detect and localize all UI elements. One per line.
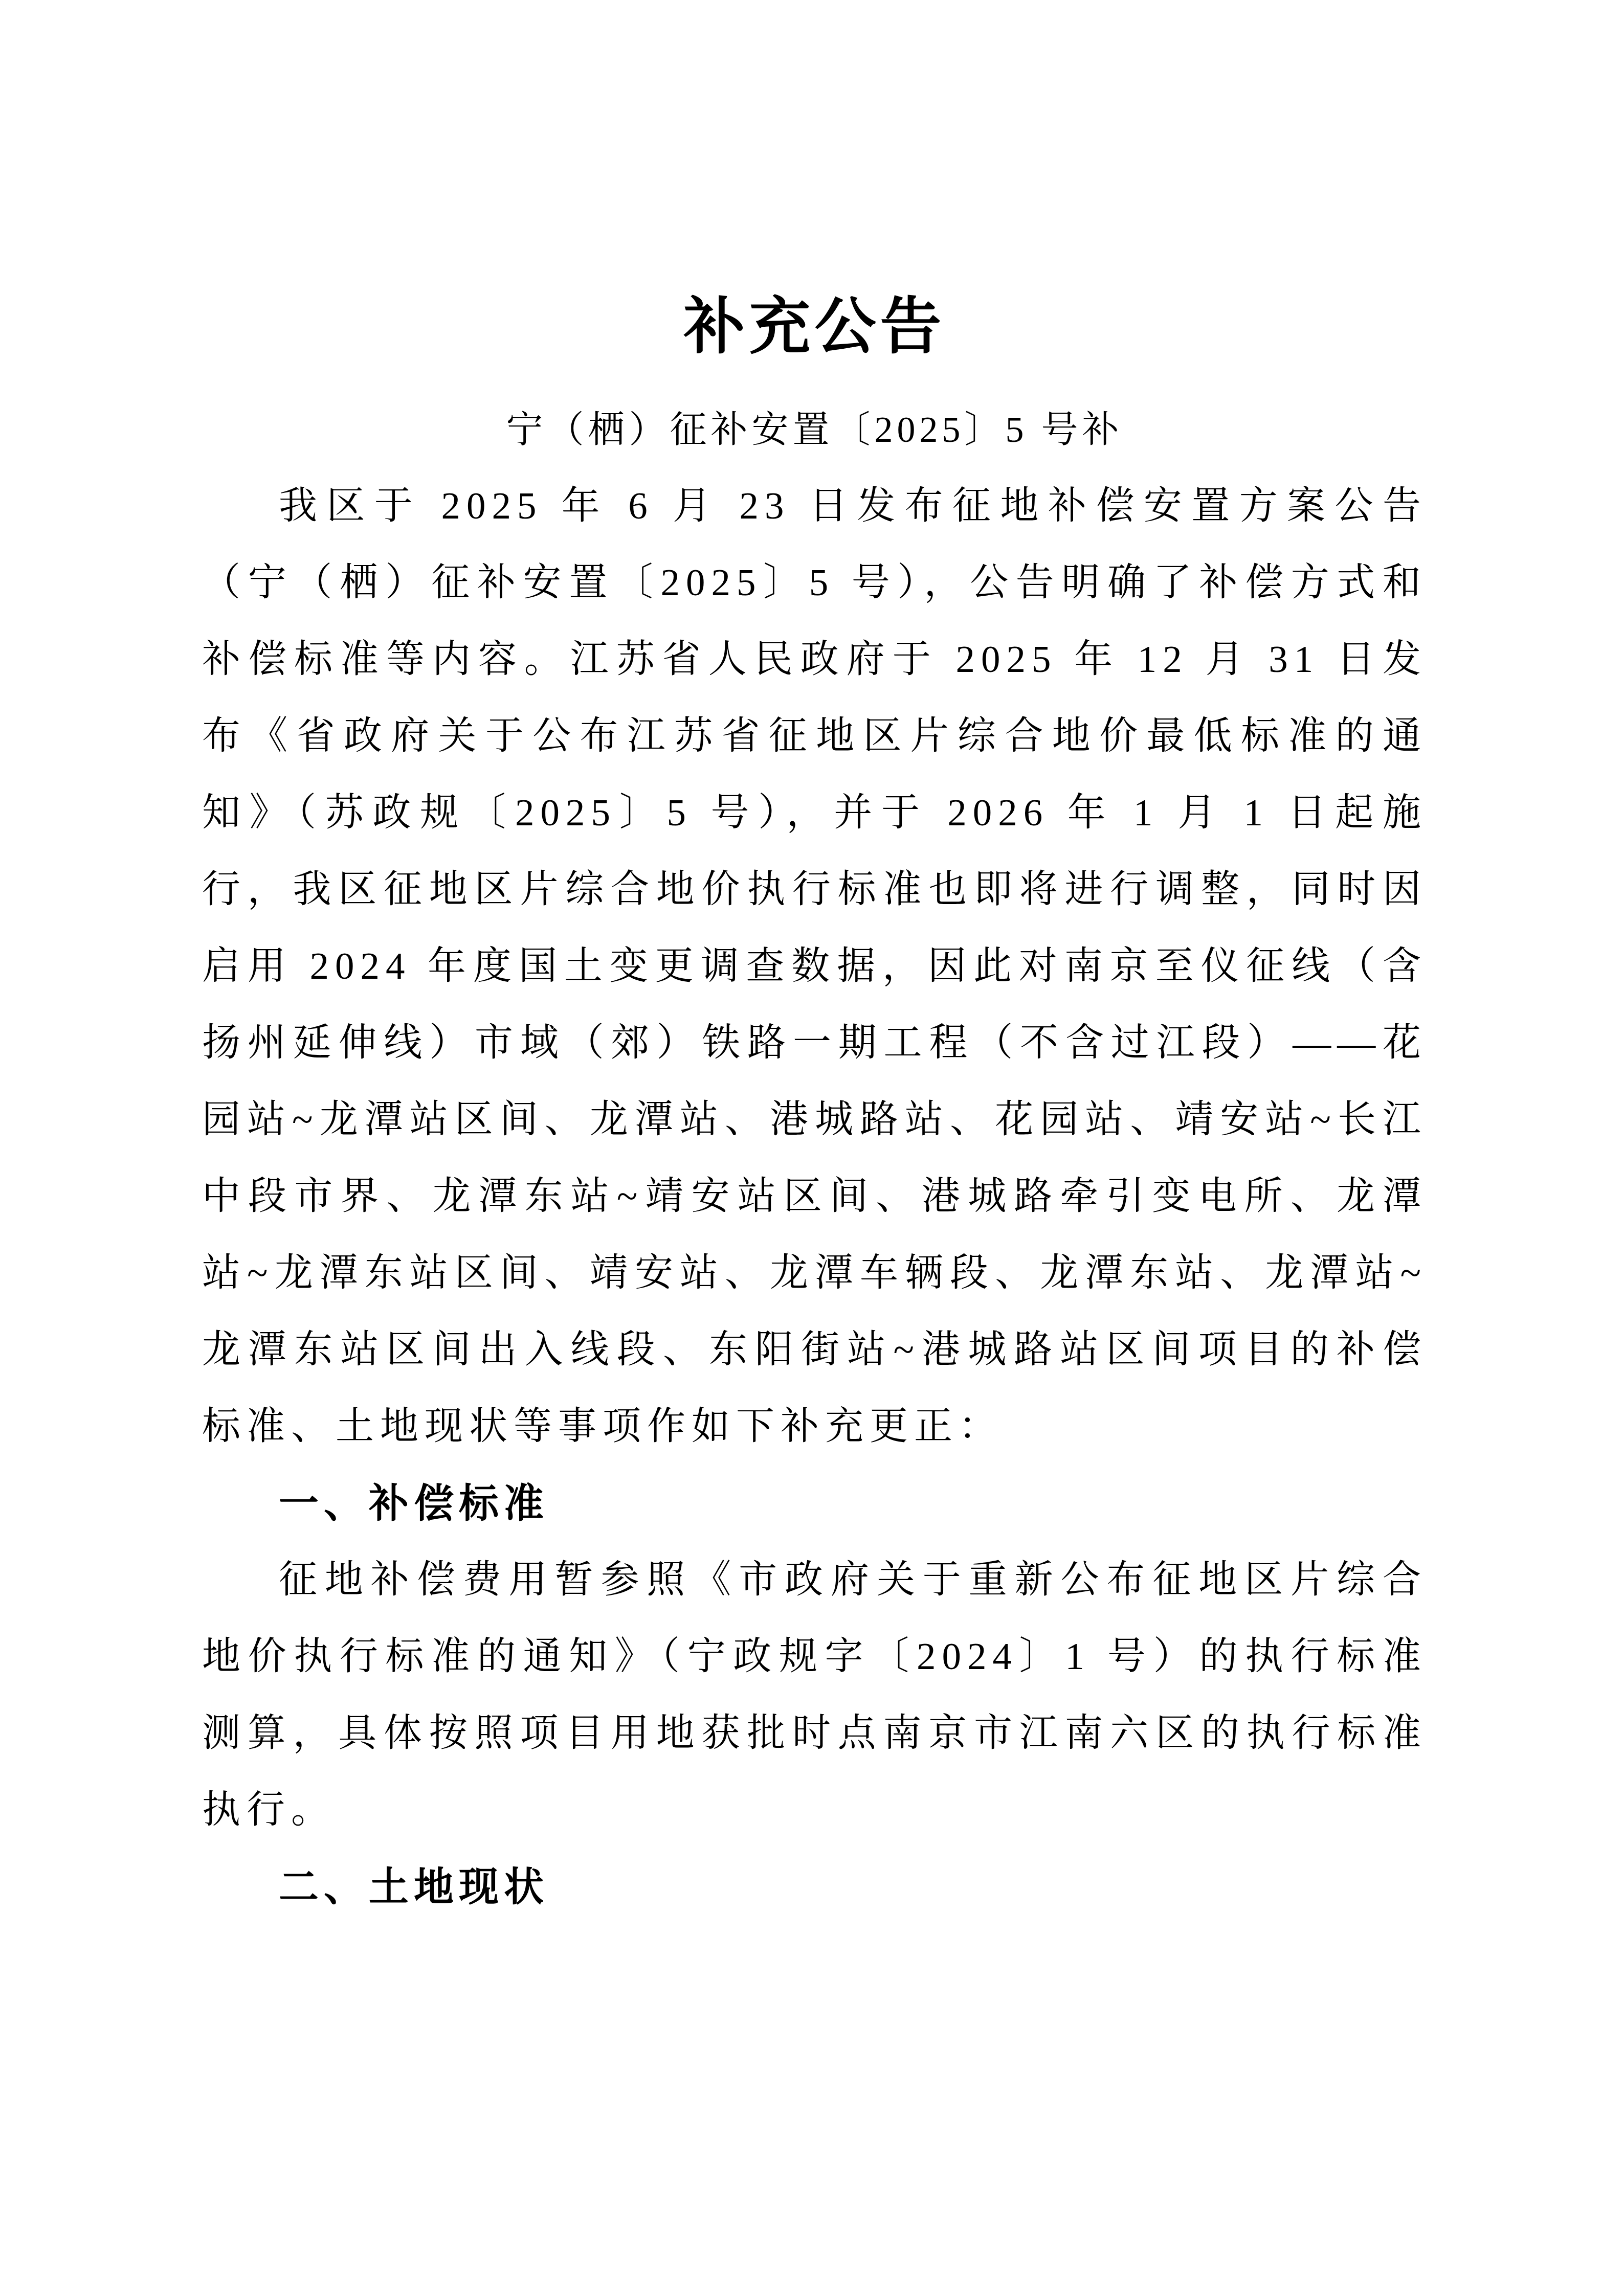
section-2-heading: 二、土地现状 xyxy=(202,1849,1427,1925)
section-1-body: 征地补偿费用暂参照《市政府关于重新公布征地区片综合地价执行标准的通知》（宁政规字… xyxy=(202,1542,1427,1849)
document-title: 补充公告 xyxy=(202,279,1427,376)
document-page: 补充公告 宁（栖）征补安置〔2025〕5 号补 我区于 2025 年 6 月 2… xyxy=(0,0,1624,2296)
section-1-heading: 一、补偿标准 xyxy=(202,1465,1427,1542)
document-number: 宁（栖）征补安置〔2025〕5 号补 xyxy=(202,391,1427,468)
intro-paragraph: 我区于 2025 年 6 月 23 日发布征地补偿安置方案公告（宁（栖）征补安置… xyxy=(202,468,1427,1465)
